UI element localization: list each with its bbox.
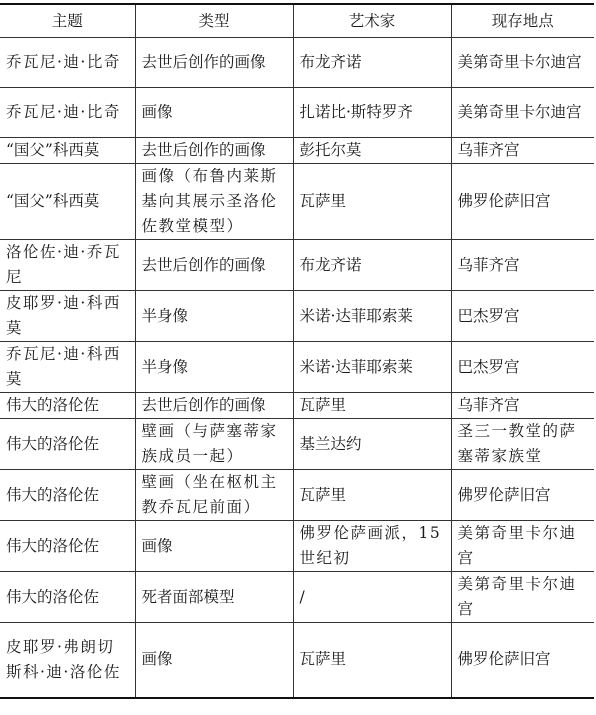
- cell-location: 圣三一教堂的萨塞蒂家族堂: [451, 419, 594, 470]
- table-row: 伟大的洛伦佐 去世后创作的画像 瓦萨里 乌菲齐宫: [0, 393, 594, 419]
- table-row: 乔瓦尼·迪·科西莫 半身像 米诺·达菲耶索莱 巴杰罗宫: [0, 342, 594, 393]
- cell-artist: 瓦萨里: [293, 470, 451, 521]
- table-row: 伟大的洛伦佐 壁画（坐在枢机主教乔瓦尼前面） 瓦萨里 佛罗伦萨旧宫: [0, 470, 594, 521]
- cell-artist: 瓦萨里: [293, 164, 451, 240]
- table-row: 皮耶罗·迪·科西莫 半身像 米诺·达菲耶索莱 巴杰罗宫: [0, 291, 594, 342]
- cell-type: 去世后创作的画像: [135, 393, 293, 419]
- table-row: “国父”科西莫 去世后创作的画像 彭托尔莫 乌菲齐宫: [0, 138, 594, 164]
- table-row: 伟大的洛伦佐 壁画（与萨塞蒂家族成员一起） 基兰达约 圣三一教堂的萨塞蒂家族堂: [0, 419, 594, 470]
- cell-location: 美第奇里卡尔迪宫: [451, 38, 594, 88]
- cell-location: 美第奇里卡尔迪宫: [451, 572, 594, 623]
- cell-subject: 伟大的洛伦佐: [0, 393, 135, 419]
- cell-artist: 米诺·达菲耶索莱: [293, 291, 451, 342]
- cell-artist: 佛罗伦萨画派，15世纪初: [293, 521, 451, 572]
- table-row: 洛伦佐·迪·乔瓦尼 去世后创作的画像 布龙齐诺 乌菲齐宫: [0, 240, 594, 291]
- cell-location: 巴杰罗宫: [451, 342, 594, 393]
- cell-artist: 瓦萨里: [293, 393, 451, 419]
- cell-location: 巴杰罗宫: [451, 291, 594, 342]
- cell-subject: 伟大的洛伦佐: [0, 470, 135, 521]
- cell-location: 乌菲齐宫: [451, 393, 594, 419]
- cell-subject: “国父”科西莫: [0, 164, 135, 240]
- cell-type: 画像: [135, 521, 293, 572]
- cell-location: 乌菲齐宫: [451, 240, 594, 291]
- cell-type: 壁画（与萨塞蒂家族成员一起）: [135, 419, 293, 470]
- cell-artist: 扎诺比·斯特罗齐: [293, 88, 451, 138]
- cell-artist: 布龙齐诺: [293, 240, 451, 291]
- cell-subject: 伟大的洛伦佐: [0, 521, 135, 572]
- header-artist: 艺术家: [293, 4, 451, 38]
- cell-subject: 伟大的洛伦佐: [0, 572, 135, 623]
- cell-subject: 伟大的洛伦佐: [0, 419, 135, 470]
- table-row: 乔瓦尼·迪·比奇 画像 扎诺比·斯特罗齐 美第奇里卡尔迪宫: [0, 88, 594, 138]
- cell-artist: 基兰达约: [293, 419, 451, 470]
- cell-artist: /: [293, 572, 451, 623]
- table-row: 伟大的洛伦佐 死者面部模型 / 美第奇里卡尔迪宫: [0, 572, 594, 623]
- cell-subject: 皮耶罗·迪·科西莫: [0, 291, 135, 342]
- cell-subject: 乔瓦尼·迪·比奇: [0, 88, 135, 138]
- cell-location: 乌菲齐宫: [451, 138, 594, 164]
- table-row: 皮耶罗·弗朗切斯科·迪·洛伦佐 画像 瓦萨里 佛罗伦萨旧宫: [0, 623, 594, 698]
- cell-type: 去世后创作的画像: [135, 138, 293, 164]
- cell-type: 去世后创作的画像: [135, 38, 293, 88]
- header-type: 类型: [135, 4, 293, 38]
- cell-type: 画像: [135, 88, 293, 138]
- cell-location: 佛罗伦萨旧宫: [451, 623, 594, 698]
- cell-artist: 米诺·达菲耶索莱: [293, 342, 451, 393]
- table-row: 乔瓦尼·迪·比奇 去世后创作的画像 布龙齐诺 美第奇里卡尔迪宫: [0, 38, 594, 88]
- cell-type: 壁画（坐在枢机主教乔瓦尼前面）: [135, 470, 293, 521]
- cell-location: 美第奇里卡尔迪宫: [451, 88, 594, 138]
- cell-artist: 瓦萨里: [293, 623, 451, 698]
- cell-type: 半身像: [135, 291, 293, 342]
- cell-subject: 洛伦佐·迪·乔瓦尼: [0, 240, 135, 291]
- cell-type: 画像: [135, 623, 293, 698]
- cell-type: 画像（布鲁内莱斯基向其展示圣洛伦佐教堂模型）: [135, 164, 293, 240]
- cell-type: 去世后创作的画像: [135, 240, 293, 291]
- table-header-row: 主题 类型 艺术家 现存地点: [0, 4, 594, 38]
- cell-subject: 皮耶罗·弗朗切斯科·迪·洛伦佐: [0, 623, 135, 698]
- cell-location: 佛罗伦萨旧宫: [451, 164, 594, 240]
- cell-artist: 布龙齐诺: [293, 38, 451, 88]
- cell-location: 美第奇里卡尔迪宫: [451, 521, 594, 572]
- table-row: “国父”科西莫 画像（布鲁内莱斯基向其展示圣洛伦佐教堂模型） 瓦萨里 佛罗伦萨旧…: [0, 164, 594, 240]
- cell-subject: 乔瓦尼·迪·科西莫: [0, 342, 135, 393]
- cell-location: 佛罗伦萨旧宫: [451, 470, 594, 521]
- header-subject: 主题: [0, 4, 135, 38]
- cell-type: 半身像: [135, 342, 293, 393]
- cell-subject: “国父”科西莫: [0, 138, 135, 164]
- cell-artist: 彭托尔莫: [293, 138, 451, 164]
- table-row: 伟大的洛伦佐 画像 佛罗伦萨画派，15世纪初 美第奇里卡尔迪宫: [0, 521, 594, 572]
- cell-type: 死者面部模型: [135, 572, 293, 623]
- medici-portraits-table: 主题 类型 艺术家 现存地点 乔瓦尼·迪·比奇 去世后创作的画像 布龙齐诺 美第…: [0, 3, 594, 699]
- cell-subject: 乔瓦尼·迪·比奇: [0, 38, 135, 88]
- header-location: 现存地点: [451, 4, 594, 38]
